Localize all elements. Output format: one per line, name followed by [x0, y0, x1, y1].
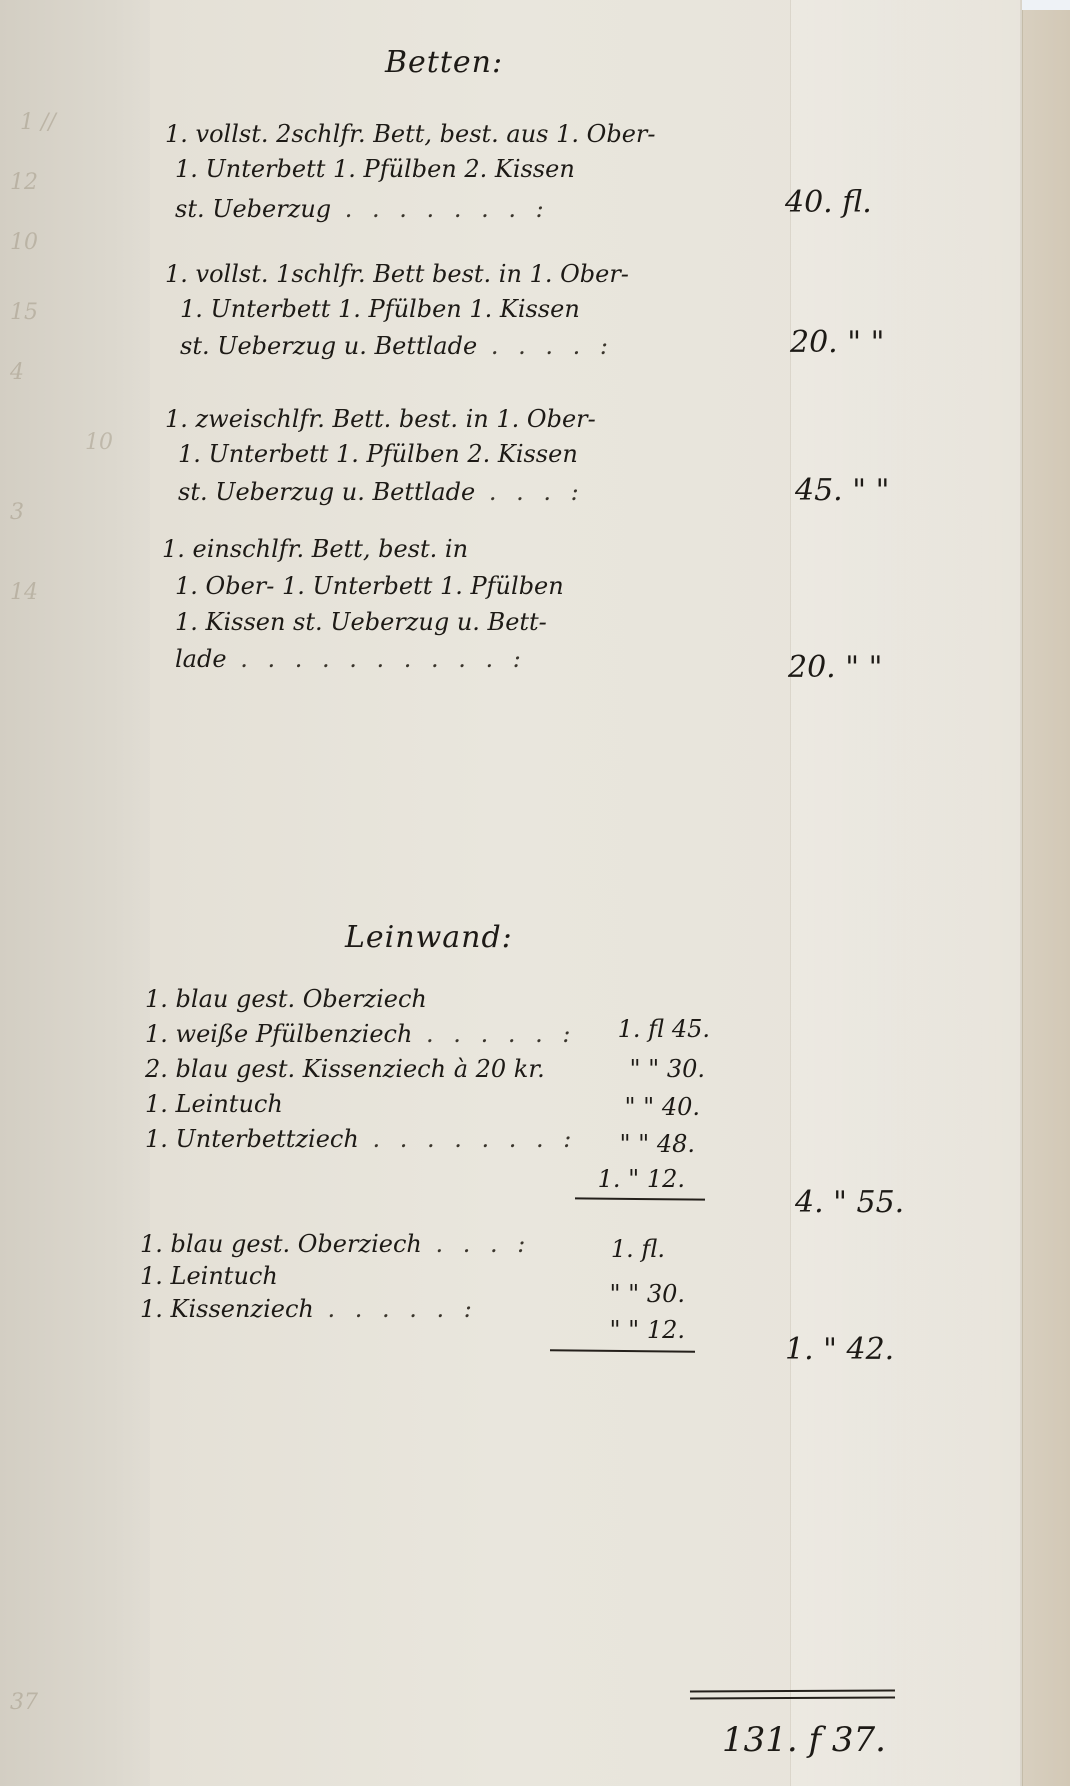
item-amount: 1. fl. [555, 1235, 665, 1263]
item-line: 1. Kissenziech . . . . . : [140, 1295, 478, 1323]
bleed-through-text: 15 [10, 300, 38, 325]
book-edge [1022, 10, 1070, 1786]
item-line: 1. Unterbett 1. Pfülben 1. Kissen [180, 295, 580, 323]
item-line: 1. Unterbett 1. Pfülben 2. Kissen [175, 155, 575, 183]
section-heading-betten: Betten: [385, 45, 503, 80]
item-line: 1. Unterbettziech . . . . . . . : [145, 1125, 577, 1153]
item-amount: " " 30. [575, 1280, 685, 1308]
item-line: 1. weiße Pfülbenziech . . . . . : [145, 1020, 576, 1048]
item-amount: 20. " " [790, 325, 884, 360]
facing-page: 1 // 12 10 15 4 10 3 14 37 [0, 0, 160, 1786]
item-line: st. Ueberzug . . . . . . . : [175, 195, 550, 223]
item-line: 1. Ober- 1. Unterbett 1. Pfülben [175, 572, 564, 600]
item-line: 1. Kissen st. Ueberzug u. Bett- [175, 608, 547, 636]
bleed-through-text: 4 [10, 360, 24, 385]
item-line: 1. vollst. 2schlfr. Bett, best. aus 1. O… [165, 120, 655, 148]
bleed-through-text: 10 [10, 230, 38, 255]
bleed-through-text: 12 [10, 170, 38, 195]
group-total: 4. " 55. [795, 1185, 904, 1220]
bleed-through-text: 3 [10, 500, 24, 525]
item-line: 1. vollst. 1schlfr. Bett best. in 1. Obe… [165, 260, 629, 288]
item-line: lade . . . . . . . . . . : [175, 645, 527, 673]
item-line: 1. einschlfr. Bett, best. in [162, 535, 468, 563]
item-line: 1. blau gest. Oberziech [145, 985, 427, 1013]
item-amount: 45. " " [795, 473, 889, 508]
item-line: 2. blau gest. Kissenziech à 20 kr. [145, 1055, 545, 1083]
bleed-through-text: 1 // [20, 110, 56, 135]
grand-total-rule [690, 1689, 895, 1699]
bleed-through-text: 10 [85, 430, 113, 455]
item-line: st. Ueberzug u. Bettlade . . . . : [180, 332, 614, 360]
section-heading-leinwand: Leinwand: [345, 920, 513, 955]
grand-total: 131. f 37. [722, 1720, 886, 1760]
item-amount: " " 12. [575, 1316, 685, 1344]
page-fold-flap [790, 0, 1021, 1786]
group-total: 1. " 42. [785, 1332, 894, 1367]
item-amount: 40. fl. [785, 185, 872, 220]
item-amount: " " 30. [595, 1055, 705, 1083]
bleed-through-text: 14 [10, 580, 38, 605]
item-line: 1. Unterbett 1. Pfülben 2. Kissen [178, 440, 578, 468]
item-line: 1. Leintuch [140, 1262, 278, 1290]
item-line: 1. Leintuch [145, 1090, 283, 1118]
item-amount: 1. fl 45. [600, 1015, 710, 1043]
item-amount: 20. " " [788, 650, 882, 685]
item-amount: 1. " 12. [575, 1165, 685, 1193]
item-line: 1. blau gest. Oberziech . . . : [140, 1230, 531, 1258]
item-line: 1. zweischlfr. Bett. best. in 1. Ober- [165, 405, 596, 433]
item-amount: " " 40. [590, 1093, 700, 1121]
background-corner [1022, 0, 1070, 10]
item-amount: " " 48. [585, 1130, 695, 1158]
bleed-through-text: 37 [10, 1690, 38, 1715]
item-line: st. Ueberzug u. Bettlade . . . : [178, 478, 585, 506]
